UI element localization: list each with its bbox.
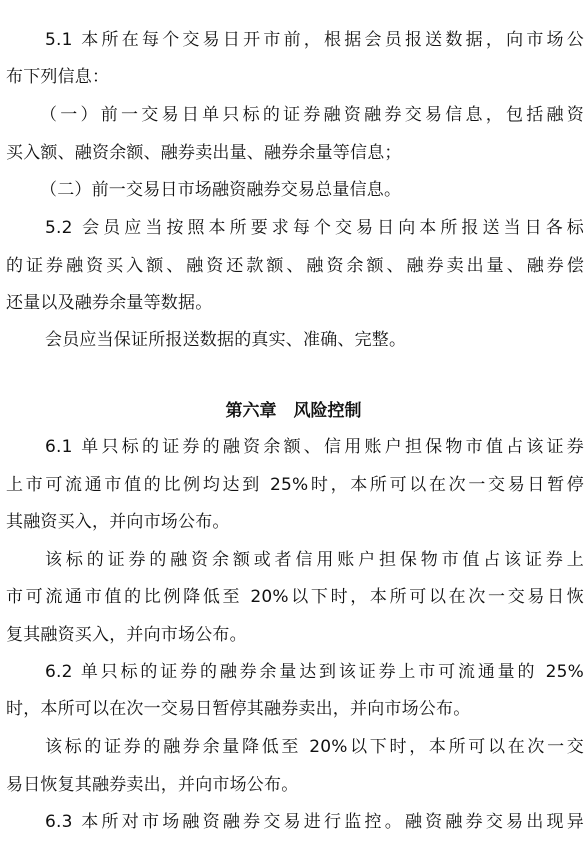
paragraph-5-2-line-1: 5.2 会员应当按照本所要求每个交易日向本所报送当日各标 — [45, 216, 584, 240]
paragraph-6-2b-line-1: 该标的证券的融券余量降低至 20%以下时，本所可以在次一交 — [45, 735, 584, 759]
paragraph-6-3-line-1: 6.3 本所对市场融资融券交易进行监控。融资融券交易出现异 — [45, 810, 584, 834]
chapter-heading: 第六章 风险控制 — [0, 399, 587, 423]
paragraph-6-1b-line-1: 该标的证券的融资余额或者信用账户担保物市值占该证券上 — [45, 548, 584, 572]
paragraph-5-1-line-1: 5.1 本所在每个交易日开市前，根据会员报送数据，向市场公 — [45, 28, 584, 52]
paragraph-6-1-line-3: 其融资买入，并向市场公布。 — [6, 510, 584, 534]
paragraph-6-2b-line-2: 易日恢复其融券卖出，并向市场公布。 — [6, 773, 584, 797]
paragraph-5-2-line-3: 还量以及融券余量等数据。 — [6, 291, 584, 315]
item-1-line-2: 买入额、融资余额、融券卖出量、融券余量等信息； — [6, 141, 584, 165]
paragraph-5-2-line-2: 的证券融资买入额、融资还款额、融资余额、融券卖出量、融券偿 — [6, 254, 584, 278]
item-1-line-1: （一）前一交易日单只标的证券融资融券交易信息，包括融资 — [40, 103, 584, 127]
paragraph-6-1-line-1: 6.1 单只标的证券的融资余额、信用账户担保物市值占该证券 — [45, 435, 584, 459]
item-2-line-1: （二）前一交易日市场融资融券交易总量信息。 — [40, 178, 584, 202]
paragraph-6-2-line-1: 6.2 单只标的证券的融券余量达到该证券上市可流通量的 25% — [45, 660, 584, 684]
paragraph-6-1b-line-2: 市可流通市值的比例降低至 20%以下时，本所可以在次一交易日恢 — [6, 585, 584, 609]
paragraph-6-1b-line-3: 复其融资买入，并向市场公布。 — [6, 623, 584, 647]
paragraph-6-2-line-2: 时，本所可以在次一交易日暂停其融券卖出，并向市场公布。 — [6, 697, 584, 721]
paragraph-5-1-line-2: 布下列信息： — [6, 65, 584, 89]
paragraph-6-1-line-2: 上市可流通市值的比例均达到 25%时，本所可以在次一交易日暂停 — [6, 473, 584, 497]
paragraph-accuracy-line-1: 会员应当保证所报送数据的真实、准确、完整。 — [45, 328, 584, 352]
